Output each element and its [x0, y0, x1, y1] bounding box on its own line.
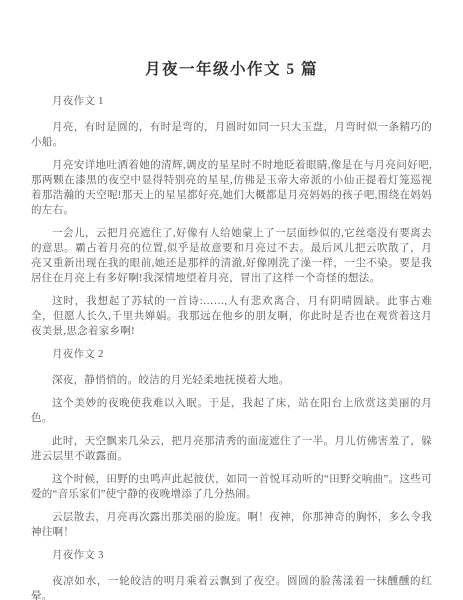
essay-paragraph: 深夜，静悄悄的。皎洁的月光轻柔地抚摸着大地。 — [31, 373, 432, 388]
essay-paragraph: 云层散去，月亮再次露出那美丽的脸庞。啊！夜神，你那神奇的胸怀，多么令我神往啊！ — [31, 510, 432, 540]
essay-section-heading-2: 月夜作文 2 — [31, 347, 432, 362]
essay-paragraph: 月亮，有时是圆的，有时是弯的，月圆时如同一只大玉盘，月弯时似一条精巧的小船。 — [31, 120, 432, 150]
essay-paragraph: 这时，我想起了苏轼的一首诗:……,人有悲欢离合，月有阴晴圆缺。此事古难全，但愿人… — [31, 294, 432, 339]
essay-paragraph: 一会儿，云把月亮遮住了,好像有人给她蒙上了一层面纱似的,它丝毫没有要离去的意思。… — [31, 226, 432, 286]
essay-section-heading-1: 月夜作文 1 — [31, 94, 432, 109]
essay-section-heading-3: 月夜作文 3 — [31, 548, 432, 563]
document-page: 月夜一年级小作文 5 篇 月夜作文 1 月亮，有时是圆的，有时是弯的，月圆时如同… — [0, 0, 463, 600]
essay-paragraph: 此时，天空飘来几朵云，把月亮那清秀的面庞遮住了一半。月儿仿佛害羞了，躲进云层里不… — [31, 434, 432, 464]
document-title: 月夜一年级小作文 5 篇 — [31, 57, 432, 79]
essay-paragraph: 月亮安详地吐洒着她的清辉,调皮的星星时不时地眨着眼睛,像是在与月亮问好吧,那两颗… — [31, 158, 432, 218]
essay-paragraph: 这个美妙的夜晚使我难以入眠。于是，我起了床，站在阳台上欣赏这美丽的月色。 — [31, 396, 432, 426]
essay-paragraph: 这个时候，田野的虫鸣声此起彼伏，如同一首悦耳动听的“田野交响曲”。这些可爱的“音… — [31, 472, 432, 502]
essay-paragraph: 夜凉如水，一轮皎洁的明月乘着云飘到了夜空。圆圆的脸荡漾着一抹醺醺的红晕。 — [31, 574, 432, 600]
